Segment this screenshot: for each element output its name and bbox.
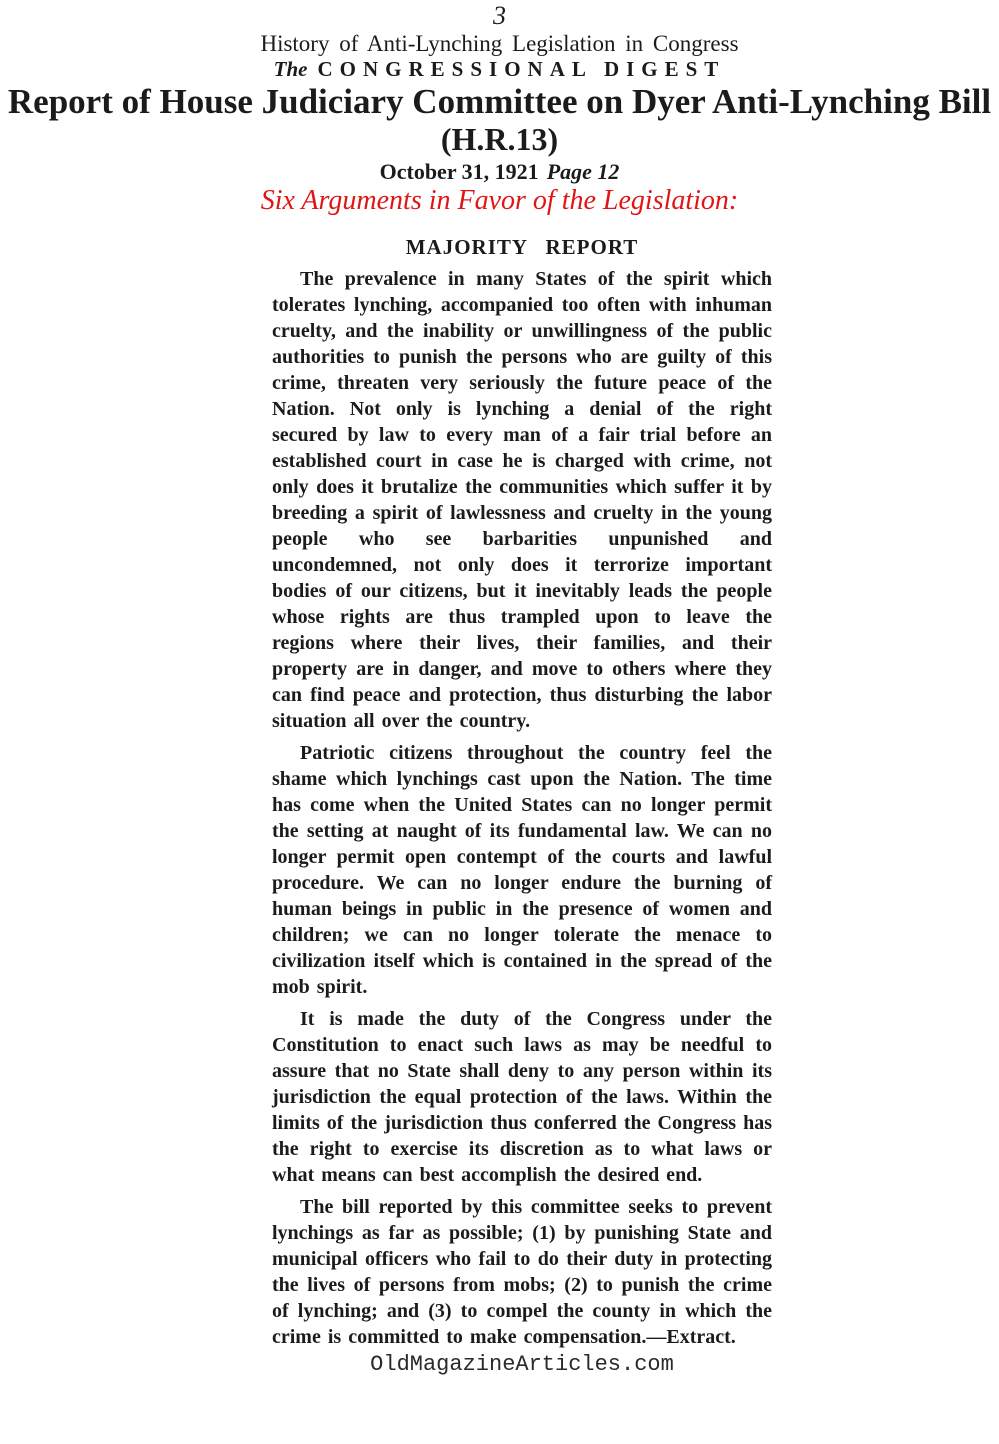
section-heading: MAJORITY REPORT [272, 235, 772, 259]
publication-name: CONGRESSIONAL DIGEST [317, 57, 725, 81]
paragraph-1: The prevalence in many States of the spi… [272, 266, 772, 734]
paragraph-3: It is made the duty of the Congress unde… [272, 1006, 772, 1188]
watermark: OldMagazineArticles.com [272, 1352, 772, 1378]
red-subheading: Six Arguments in Favor of the Legislatio… [0, 186, 999, 216]
paragraph-2: Patriotic citizens throughout the countr… [272, 740, 772, 1000]
page-number: 3 [0, 2, 999, 30]
series-title: History of Anti-Lynching Legislation in … [0, 31, 999, 57]
scanned-document-page: 3 History of Anti-Lynching Legislation i… [0, 0, 999, 1444]
bill-number: (H.R.13) [0, 121, 999, 157]
page-reference: Page 12 [547, 159, 620, 184]
publication-the: The [274, 57, 308, 81]
article-body: MAJORITY REPORT The prevalence in many S… [272, 235, 772, 1350]
page-header: 3 History of Anti-Lynching Legislation i… [0, 0, 999, 216]
publication-title: TheCONGRESSIONAL DIGEST [0, 57, 999, 81]
issue-date: October 31, 1921 [380, 159, 539, 184]
paragraph-4: The bill reported by this committee seek… [272, 1194, 772, 1350]
dateline: October 31, 1921Page 12 [0, 159, 999, 184]
article-title: Report of House Judiciary Committee on D… [0, 83, 999, 121]
